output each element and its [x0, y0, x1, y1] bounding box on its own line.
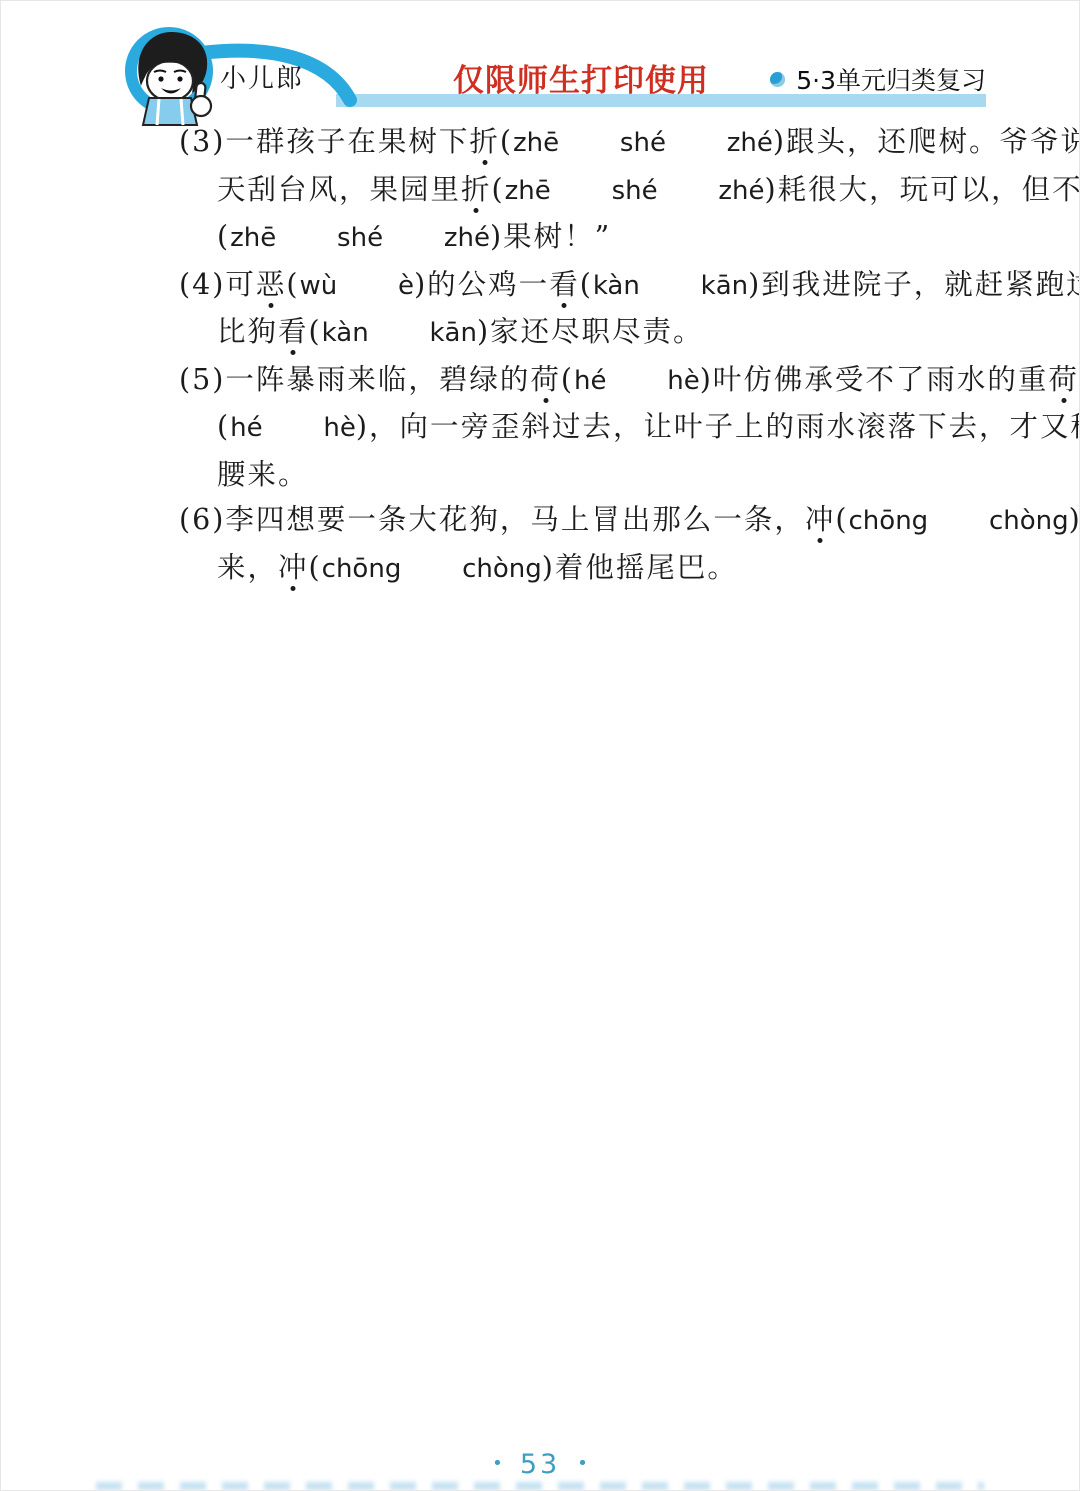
text-run: )到我进院子，就赶紧跑过来啄我， — [748, 268, 1080, 301]
text-run: )家还尽职尽责。 — [477, 315, 704, 348]
page-footer: • 53 • — [1, 1449, 1079, 1480]
text-line: 天刮台风，果园里折(zhē shé zhé)耗很大，玩可以，但不要攀折 — [179, 167, 989, 215]
exercise-item: (4)可恶(wù è)的公鸡一看(kàn kān)到我进院子，就赶紧跑过来啄我，… — [179, 262, 989, 357]
text-run: )着他摇尾巴。 — [542, 551, 738, 584]
text-line: (6)李四想要一条大花狗，马上冒出那么一条，冲(chōng chòng)过 — [179, 497, 989, 545]
pinyin-text: zhē shé zhé — [505, 176, 765, 206]
text-run: ( — [217, 220, 230, 253]
text-run: 来， — [217, 551, 278, 584]
pinyin-text: kàn kān — [322, 318, 477, 348]
text-run: 比狗 — [217, 315, 278, 348]
text-run: )过 — [1069, 503, 1080, 536]
text-line: 来，冲(chōng chòng)着他摇尾巴。 — [179, 545, 989, 593]
text-run: ( — [286, 268, 299, 301]
pinyin-text: hé hè — [230, 413, 356, 443]
footer-dot-right: • — [577, 1453, 588, 1474]
text-run: ( — [309, 315, 322, 348]
text-line: (3)一群孩子在果树下折(zhē shé zhé)跟头，还爬树。爷爷说：“前几 — [179, 119, 989, 167]
text-run: ( — [835, 503, 848, 536]
section-title: 5·3单元归类复习 — [796, 61, 986, 97]
text-run: )耗很大，玩可以，但不要攀 — [765, 173, 1080, 206]
text-run: )跟头，还爬树。爷爷说：“前几 — [773, 125, 1080, 158]
exercise-item: (6)李四想要一条大花狗，马上冒出那么一条，冲(chōng chòng)过来，冲… — [179, 497, 989, 592]
text-line: 比狗看(kàn kān)家还尽职尽责。 — [179, 309, 989, 357]
text-line: (4)可恶(wù è)的公鸡一看(kàn kān)到我进院子，就赶紧跑过来啄我， — [179, 262, 989, 310]
section-label: 5·3单元归类复习 — [770, 61, 986, 97]
emphasized-char: 荷 — [530, 363, 561, 396]
pinyin-text: chōng chòng — [322, 554, 542, 584]
text-run: ( — [309, 551, 322, 584]
text-run: ( — [580, 268, 593, 301]
text-run: ( — [561, 363, 574, 396]
text-run: )的公鸡一 — [414, 268, 549, 301]
pinyin-text: zhē shé zhé — [513, 128, 773, 158]
text-line: 腰来。 — [179, 452, 989, 498]
section-bullet-icon — [770, 72, 785, 87]
text-run: (5)一阵暴雨来临，碧绿的 — [179, 363, 530, 396]
pinyin-text: wù è — [300, 271, 415, 301]
exercise-item: (3)一群孩子在果树下折(zhē shé zhé)跟头，还爬树。爷爷说：“前几天… — [179, 119, 989, 262]
print-notice: 仅限师生打印使用 — [453, 55, 709, 100]
mascot-boy-icon — [138, 32, 211, 125]
cutoff-print-artifact — [96, 1482, 984, 1490]
worksheet-page: 小儿郎 仅限师生打印使用 5·3单元归类复习 (3)一群孩子在果树下折(zhē … — [0, 0, 1080, 1491]
text-line: (hé hè)，向一旁歪斜过去，让叶子上的雨水滚落下去，才又稍稍直起 — [179, 404, 989, 452]
emphasized-char: 恶 — [256, 268, 287, 301]
text-run: ( — [217, 410, 230, 443]
pinyin-text: chōng chòng — [849, 506, 1069, 536]
text-run: )叶仿佛承受不了雨水的重 — [700, 363, 1049, 396]
pinyin-text: kàn kān — [593, 271, 748, 301]
brand-name: 小儿郎 — [220, 58, 304, 95]
page-number: 53 — [520, 1449, 560, 1480]
text-line: (zhē shé zhé)果树！” — [179, 214, 989, 262]
text-line: (5)一阵暴雨来临，碧绿的荷(hé hè)叶仿佛承受不了雨水的重荷 — [179, 357, 989, 405]
emphasized-char: 折 — [461, 173, 492, 206]
emphasized-char: 折 — [469, 125, 500, 158]
text-run: )，向一旁歪斜过去，让叶子上的雨水滚落下去，才又稍稍直起 — [356, 410, 1080, 443]
emphasized-char: 冲 — [278, 551, 309, 584]
text-run: (3)一群孩子在果树下 — [179, 125, 469, 158]
text-run: 天刮台风，果园里 — [217, 173, 461, 206]
text-run: ( — [492, 173, 505, 206]
text-run: 腰来。 — [217, 458, 309, 491]
text-run: ( — [500, 125, 513, 158]
exercise-body: (3)一群孩子在果树下折(zhē shé zhé)跟头，还爬树。爷爷说：“前几天… — [179, 119, 989, 592]
text-run: )果树！” — [490, 220, 611, 253]
emphasized-char: 冲 — [805, 503, 836, 536]
emphasized-char: 荷 — [1048, 363, 1079, 396]
emphasized-char: 看 — [549, 268, 580, 301]
text-run: (4)可 — [179, 268, 256, 301]
page-header: 小儿郎 仅限师生打印使用 5·3单元归类复习 — [1, 1, 1080, 131]
exercise-item: (5)一阵暴雨来临，碧绿的荷(hé hè)叶仿佛承受不了雨水的重荷(hé hè)… — [179, 357, 989, 498]
pinyin-text: hé hè — [574, 366, 700, 396]
pinyin-text: zhē shé zhé — [230, 223, 490, 253]
emphasized-char: 看 — [278, 315, 309, 348]
text-run: (6)李四想要一条大花狗，马上冒出那么一条， — [179, 503, 805, 536]
footer-dot-left: • — [492, 1453, 503, 1474]
